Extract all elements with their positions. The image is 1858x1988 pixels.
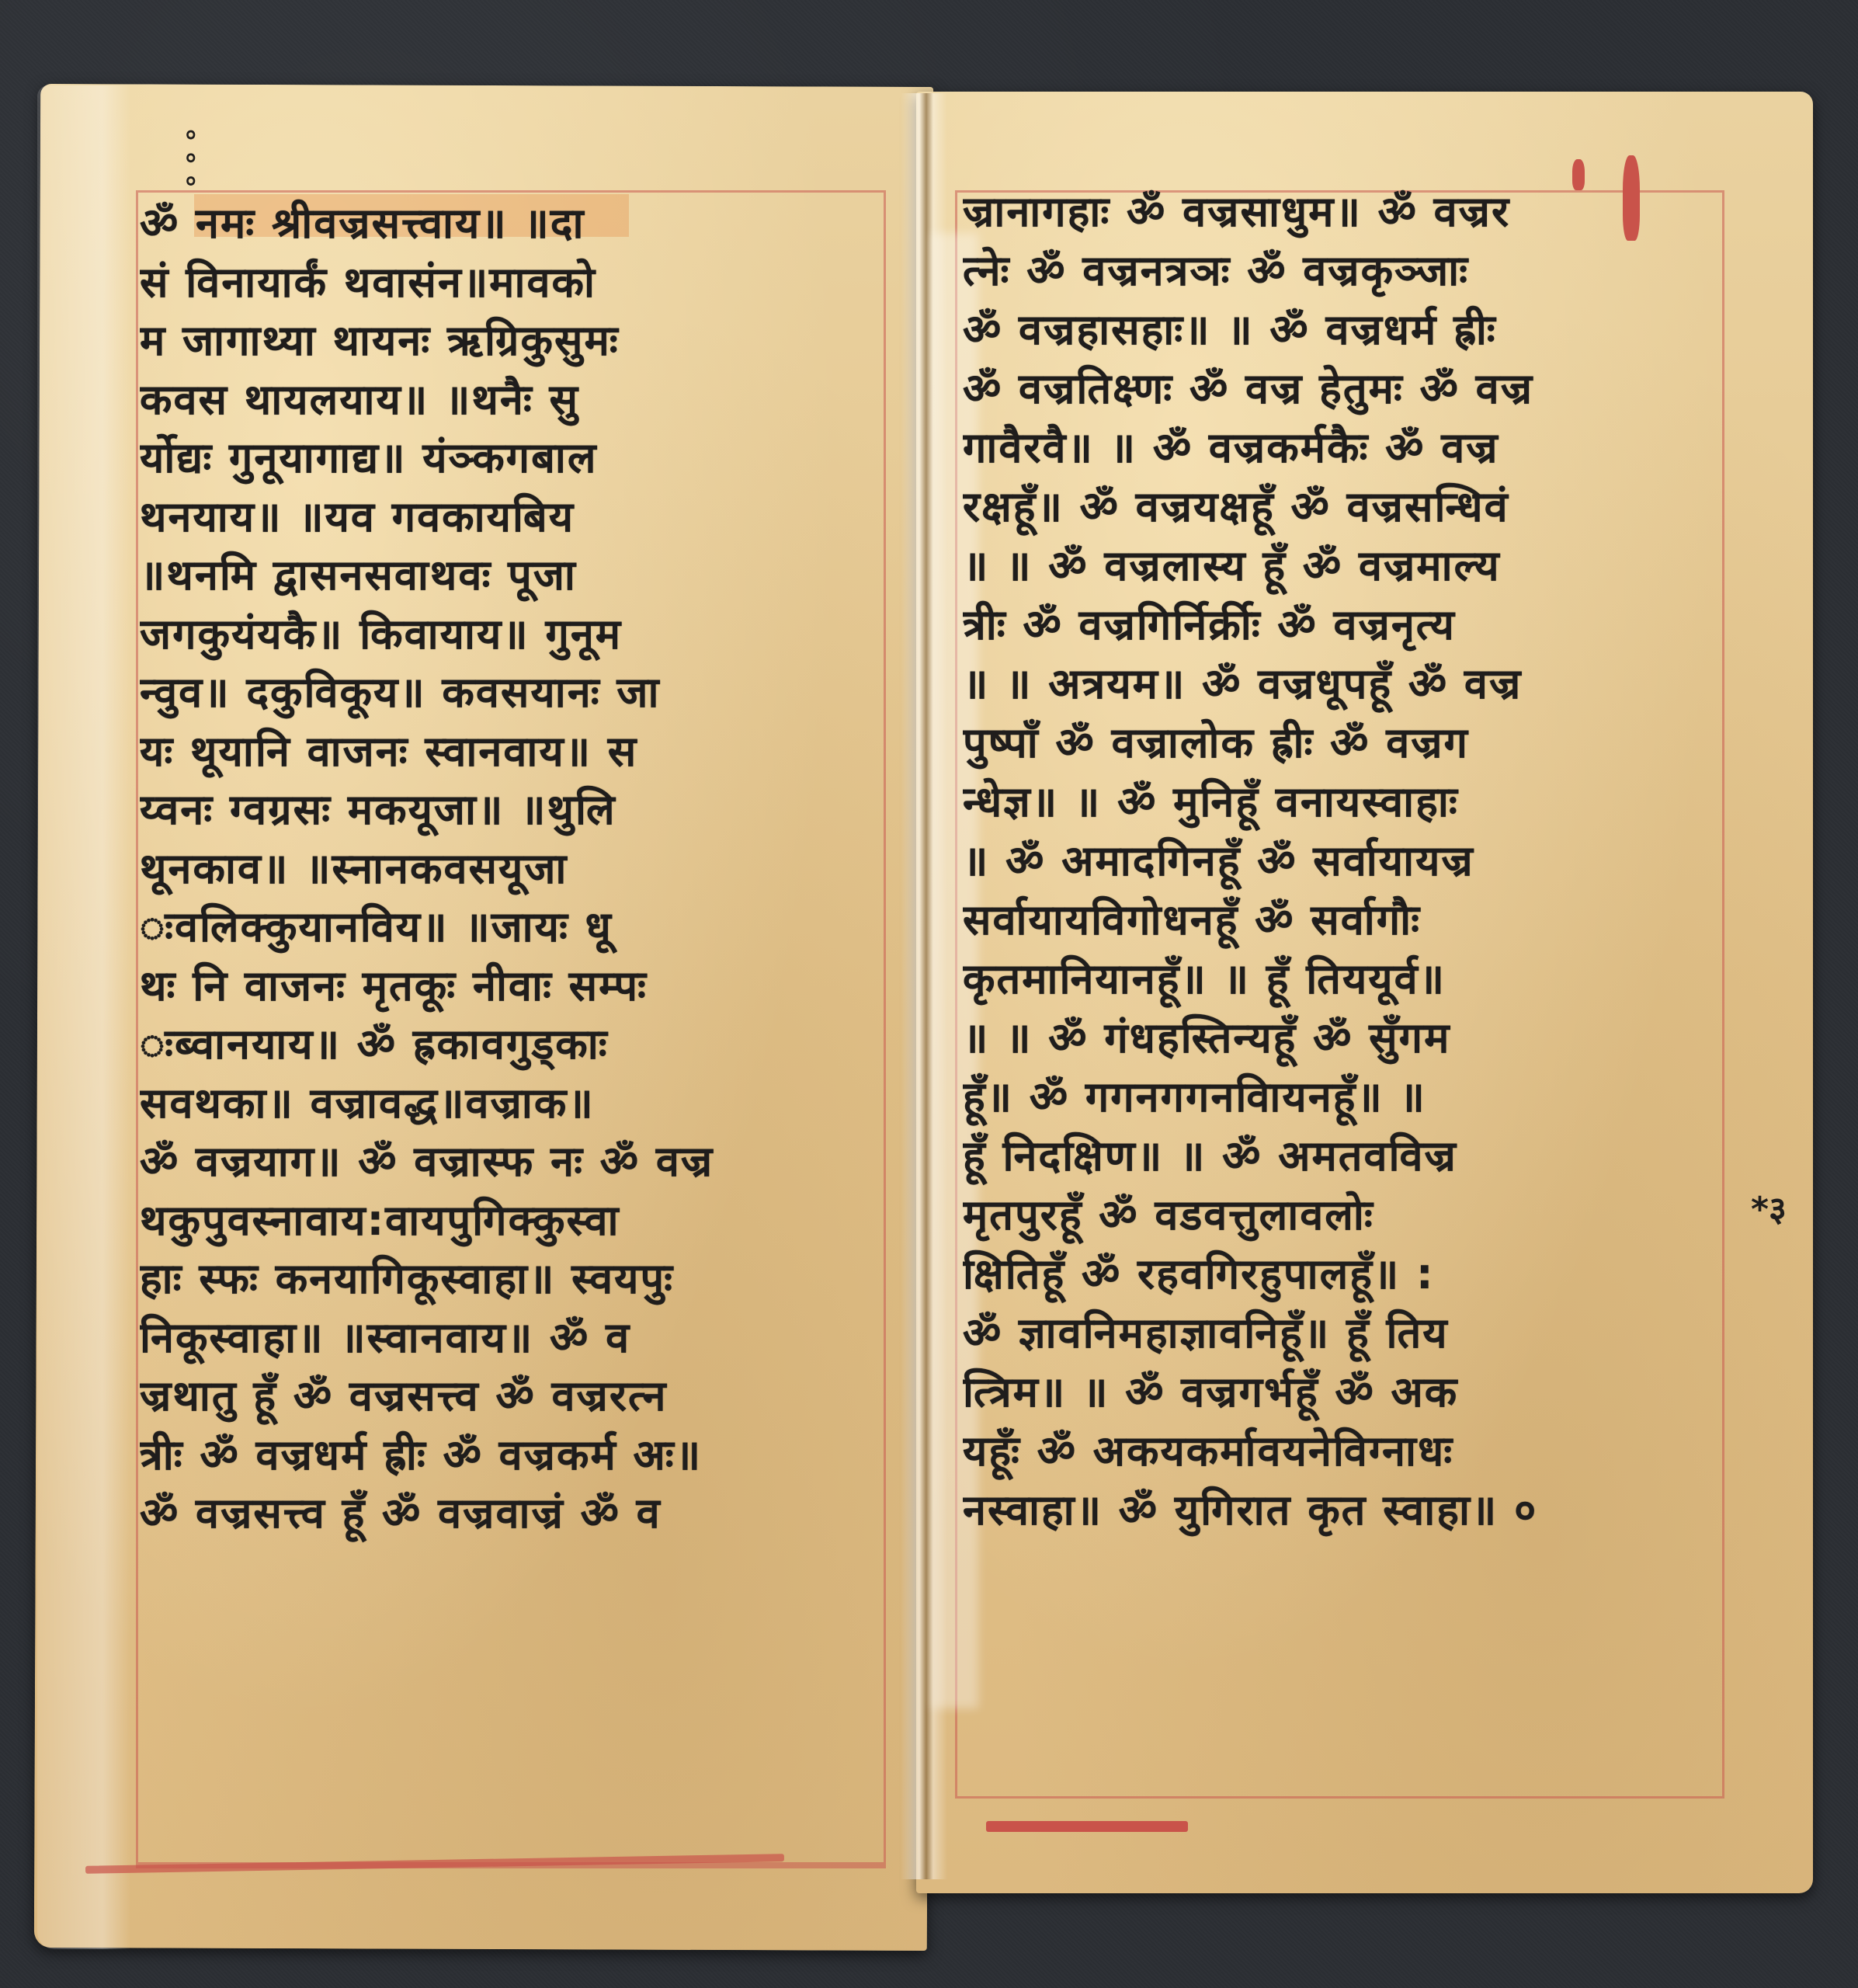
manuscript-line: ःवलिक्कुयानविय॥ ॥जायः धू: [140, 898, 885, 957]
right-page-text: ज्रानागहाः ॐ वज्रसाधुम॥ ॐ वज्रर त्नेः ॐ …: [963, 182, 1724, 1540]
manuscript-line: ॐ वज्रहासहाः॥ ॥ ॐ वज्रधर्म ह्रीः: [963, 301, 1724, 360]
manuscript-line: त्रीः ॐ वज्रगिर्निर्क्रीः ॐ वज्रनृत्य: [963, 596, 1724, 655]
manuscript-line: ॥ ॥ ॐ वज्रलास्य हूँ ॐ वज्रमाल्य: [963, 537, 1724, 596]
manuscript-line: थकुपुवस्नावाय:वायपुगिक्कुस्वा: [140, 1191, 885, 1250]
manuscript-line: मृतपुरहूँ ॐ वडवत्तुलावलोः: [963, 1186, 1724, 1245]
manuscript-line: न्वुव॥ दकुविकूय॥ कवसयानः जा: [140, 663, 885, 722]
red-bottom-band: [986, 1821, 1188, 1832]
manuscript-line: ज्रथातु हूँ ॐ वज्रसत्त्व ॐ वज्ररत्न: [140, 1367, 885, 1426]
manuscript-line: ॥ ॥ ॐ गंधहस्तिन्यहूँ ॐ सुँगम: [963, 1009, 1724, 1068]
manuscript-line: थनयाय॥ ॥यव गवकायबिय: [140, 488, 885, 547]
manuscript-line: ॐ ज्ञावनिमहाज्ञावनिहूँ॥ हूँ तिय: [963, 1304, 1724, 1363]
manuscript-line: नस्वाहा॥ ॐ युगिरात कृत स्वाहा॥ ०: [963, 1481, 1724, 1540]
manuscript-line: सवथका॥ वज्रावद्ध॥वज्राक॥: [140, 1074, 885, 1133]
manuscript-line: सर्वायायविगोधनहूँ ॐ सर्वागौः: [963, 891, 1724, 950]
manuscript-line: यः थूयानि वाजनः स्वानवाय॥ स: [140, 722, 885, 781]
manuscript-line: ॐ वज्रसत्त्व हूँ ॐ वज्रवाज्रं ॐ व: [140, 1484, 885, 1543]
left-page-text: ॐ नमः श्रीवज्रसत्त्वाय॥ ॥दा सं विनायार्क…: [140, 194, 885, 1543]
manuscript-line: ॐ वज्रतिक्ष्णः ॐ वज्र हेतुमः ॐ वज्र: [963, 360, 1724, 419]
manuscript-line: त्त्रिम॥ ॥ ॐ वज्रगर्भहूँ ॐ अक: [963, 1363, 1724, 1422]
manuscript-line: हूँ॥ ॐ गगनगगनविायनहूँ॥ ॥: [963, 1068, 1724, 1127]
manuscript-line: रक्षहूँ॥ ॐ वज्रयक्षहूँ ॐ वज्रसन्धिवं: [963, 478, 1724, 537]
manuscript-line: क्षितिहूँ ॐ रहवगिरहुपालहूँ॥ :: [963, 1245, 1724, 1304]
manuscript-line: त्रीः ॐ वज्रधर्म ह्रीः ॐ वज्रकर्म अः॥: [140, 1426, 885, 1485]
manuscript-line: न्धेज्ञ॥ ॥ ॐ मुनिहूँ वनायस्वाहाः: [963, 773, 1724, 832]
manuscript-line: कृतमानियानहूँ॥ ॥ हूँ तिययूर्व॥: [963, 950, 1724, 1009]
manuscript-line: ज्रानागहाः ॐ वज्रसाधुम॥ ॐ वज्रर: [963, 182, 1724, 242]
manuscript-line: थूनकाव॥ ॥स्नानकवसयूजा: [140, 839, 885, 898]
manuscript-line: थः नि वाजनः मृतकूः नीवाः सम्पः: [140, 957, 885, 1016]
manuscript-line: सं विनायार्कं थवासंन॥मावको: [140, 253, 885, 312]
manuscript-line: यहूँः ॐ अकयकर्मावयनेविग्नाधः: [963, 1422, 1724, 1481]
manuscript-line: पुष्पाँ ॐ वज्रालोक ह्रीः ॐ वज्रग: [963, 714, 1724, 773]
manuscript-line: त्नेः ॐ वज्रनत्रञः ॐ वज्रकृञ्जाः: [963, 242, 1724, 301]
manuscript-line: ॥ ॥ अत्रयम॥ ॐ वज्रधूपहूँ ॐ वज्र: [963, 655, 1724, 714]
manuscript-line: निकूस्वाहा॥ ॥स्वानवाय॥ ॐ व: [140, 1309, 885, 1368]
manuscript-line: ॐ नमः श्रीवज्रसत्त्वाय॥ ॥दा: [140, 194, 885, 253]
top-marker: ॰ ॰ ॰: [180, 128, 196, 188]
manuscript-line: जगकुयंयकै॥ किवायाय॥ गुनूम: [140, 605, 885, 664]
manuscript-line: ःब्वानयाय॥ ॐ ह्रकावगुड्काः: [140, 1015, 885, 1074]
manuscript-line: र्योद्यः गुनूयागाद्य॥ यंञ्कगबाल: [140, 429, 885, 488]
margin-note: *३: [1751, 1184, 1787, 1231]
manuscript-line: ॐ वज्रयाग॥ ॐ वज्रास्फ नः ॐ वज्र: [140, 1132, 885, 1191]
manuscript-line: कवस थायलयाय॥ ॥थनैः सु: [140, 370, 885, 429]
manuscript-line: हूँ निदक्षिण॥ ॥ ॐ अमतवविज्र: [963, 1127, 1724, 1186]
manuscript-line: य्वनः ग्वग्रसः मकयूजा॥ ॥थुलि: [140, 780, 885, 839]
manuscript-line: ॥थनमि द्वासनसवाथवः पूजा: [140, 546, 885, 605]
manuscript-line: गावैरवै॥ ॥ ॐ वज्रकर्मकैः ॐ वज्र: [963, 419, 1724, 478]
manuscript-line: हाः स्फः कनयागिकूस्वाहा॥ स्वयपुः: [140, 1249, 885, 1309]
manuscript-line: ॥ ॐ अमादगिनहूँ ॐ सर्वायायज्र: [963, 832, 1724, 891]
manuscript-line: म जागाथ्या थायनः ऋग्रिकुसुमः: [140, 311, 885, 370]
left-page-margin-strip: [37, 85, 130, 1949]
